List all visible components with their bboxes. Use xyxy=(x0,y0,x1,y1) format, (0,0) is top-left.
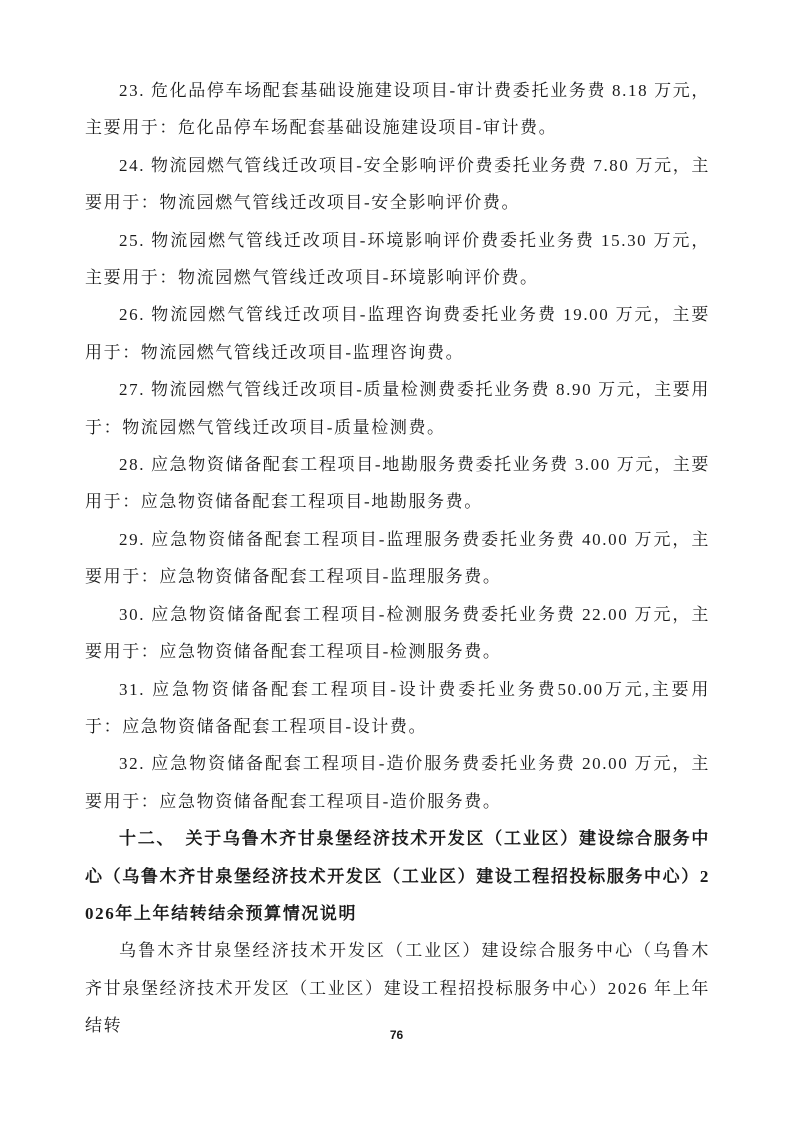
budget-item-25: 25. 物流园燃气管线迁改项目-环境影响评价费委托业务费 15.30 万元，主要… xyxy=(85,222,710,297)
budget-item-32: 32. 应急物资储备配套工程项目-造价服务费委托业务费 20.00 万元，主要用… xyxy=(85,745,710,820)
budget-item-30: 30. 应急物资储备配套工程项目-检测服务费委托业务费 22.00 万元，主要用… xyxy=(85,596,710,671)
document-page: 23. 危化品停车场配套基础设施建设项目-审计费委托业务费 8.18 万元，主要… xyxy=(0,0,793,1122)
budget-item-27: 27. 物流园燃气管线迁改项目-质量检测费委托业务费 8.90 万元，主要用于：… xyxy=(85,371,710,446)
budget-item-26: 26. 物流园燃气管线迁改项目-监理咨询费委托业务费 19.00 万元，主要用于… xyxy=(85,296,710,371)
section-12-heading: 十二、 关于乌鲁木齐甘泉堡经济技术开发区（工业区）建设综合服务中心（乌鲁木齐甘泉… xyxy=(85,820,710,932)
budget-item-24: 24. 物流园燃气管线迁改项目-安全影响评价费委托业务费 7.80 万元，主要用… xyxy=(85,147,710,222)
budget-item-23: 23. 危化品停车场配套基础设施建设项目-审计费委托业务费 8.18 万元，主要… xyxy=(85,72,710,147)
page-number: 76 xyxy=(0,1028,793,1042)
budget-item-29: 29. 应急物资储备配套工程项目-监理服务费委托业务费 40.00 万元，主要用… xyxy=(85,521,710,596)
budget-item-28: 28. 应急物资储备配套工程项目-地勘服务费委托业务费 3.00 万元，主要用于… xyxy=(85,446,710,521)
budget-item-31: 31. 应急物资储备配套工程项目-设计费委托业务费50.00万元,主要用于：应急… xyxy=(85,671,710,746)
